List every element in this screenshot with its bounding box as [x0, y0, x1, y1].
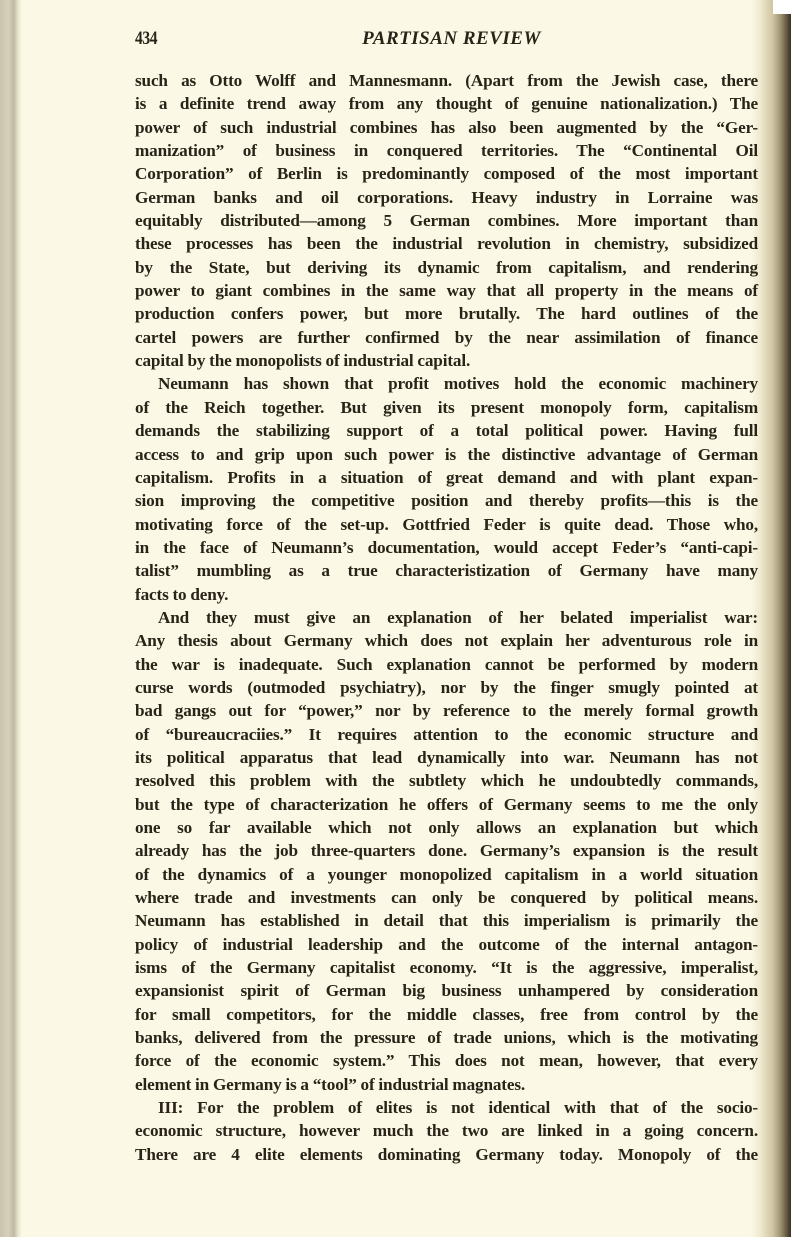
text-line: by the State, but deriving its dynamic f… [135, 256, 758, 279]
text-line: power of such industrial combines has al… [135, 116, 758, 139]
page-header: 434 PARTISAN REVIEW [135, 28, 758, 58]
text-line: of the dynamics of a younger monopolized… [135, 863, 758, 886]
text-line: isms of the Germany capitalist economy. … [135, 956, 758, 979]
text-line: such as Otto Wolff and Mannesmann. (Apar… [135, 69, 758, 92]
text-line: talist” mumbling as a true characteristi… [135, 559, 758, 582]
text-line: the war is inadequate. Such explanation … [135, 653, 758, 676]
text-line: its political apparatus that lead dynami… [135, 746, 758, 769]
text-line: motivating force of the set-up. Gottfrie… [135, 513, 758, 536]
text-line: III: For the problem of elites is not id… [135, 1096, 758, 1119]
text-line: Neumann has established in detail that t… [135, 909, 758, 932]
text-line: banks, delivered from the pressure of tr… [135, 1026, 758, 1049]
text-line: production confers power, but more bruta… [135, 302, 758, 325]
book-gutter-shadow [0, 0, 22, 1237]
text-line: expansionist spirit of German big busine… [135, 979, 758, 1002]
running-head: PARTISAN REVIEW [135, 28, 758, 50]
text-line: force of the economic system.” This does… [135, 1049, 758, 1072]
text-line: these processes has been the industrial … [135, 232, 758, 255]
text-line: German banks and oil corporations. Heavy… [135, 186, 758, 209]
book-page: 434 PARTISAN REVIEW such as Otto Wolff a… [135, 28, 758, 1166]
text-line: Neumann has shown that profit motives ho… [135, 372, 758, 395]
text-line: There are 4 elite elements dominating Ge… [135, 1143, 758, 1166]
text-line: policy of industrial leadership and the … [135, 933, 758, 956]
text-line: cartel powers are further confirmed by t… [135, 326, 758, 349]
text-line: Corporation” of Berlin is predominantly … [135, 162, 758, 185]
text-line: but the type of characterization he offe… [135, 793, 758, 816]
text-line: of “bureaucraciies.” It requires attenti… [135, 723, 758, 746]
text-line: capital by the monopolists of industrial… [135, 349, 758, 372]
text-line: resolved this problem with the subtlety … [135, 769, 758, 792]
text-line: bad gangs out for “power,” nor by refere… [135, 699, 758, 722]
text-line: capitalism. Profits in a situation of gr… [135, 466, 758, 489]
text-line: one so far available which not only allo… [135, 816, 758, 839]
text-line: curse words (outmoded psychiatry), nor b… [135, 676, 758, 699]
text-line: access to and grip upon such power is th… [135, 443, 758, 466]
text-line: And they must give an explanation of her… [135, 606, 758, 629]
body-text: such as Otto Wolff and Mannesmann. (Apar… [135, 69, 758, 1166]
text-line: for small competitors, for the middle cl… [135, 1003, 758, 1026]
text-line: equitably distributed—among 5 German com… [135, 209, 758, 232]
text-line: is a definite trend away from any though… [135, 92, 758, 115]
text-line: already has the job three-quarters done.… [135, 839, 758, 862]
text-line: power to giant combines in the same way … [135, 279, 758, 302]
text-line: demands the stabilizing support of a tot… [135, 419, 758, 442]
text-line: in the face of Neumann’s documentation, … [135, 536, 758, 559]
scan-background [773, 0, 791, 14]
text-line: Any thesis about Germany which does not … [135, 629, 758, 652]
text-line: element in Germany is a “tool” of indust… [135, 1073, 758, 1096]
text-line: where trade and investments can only be … [135, 886, 758, 909]
text-line: sion improving the competitive position … [135, 489, 758, 512]
text-line: manization” of business in conquered ter… [135, 139, 758, 162]
text-line: facts to deny. [135, 583, 758, 606]
text-line: economic structure, however much the two… [135, 1119, 758, 1142]
text-line: of the Reich together. But given its pre… [135, 396, 758, 419]
